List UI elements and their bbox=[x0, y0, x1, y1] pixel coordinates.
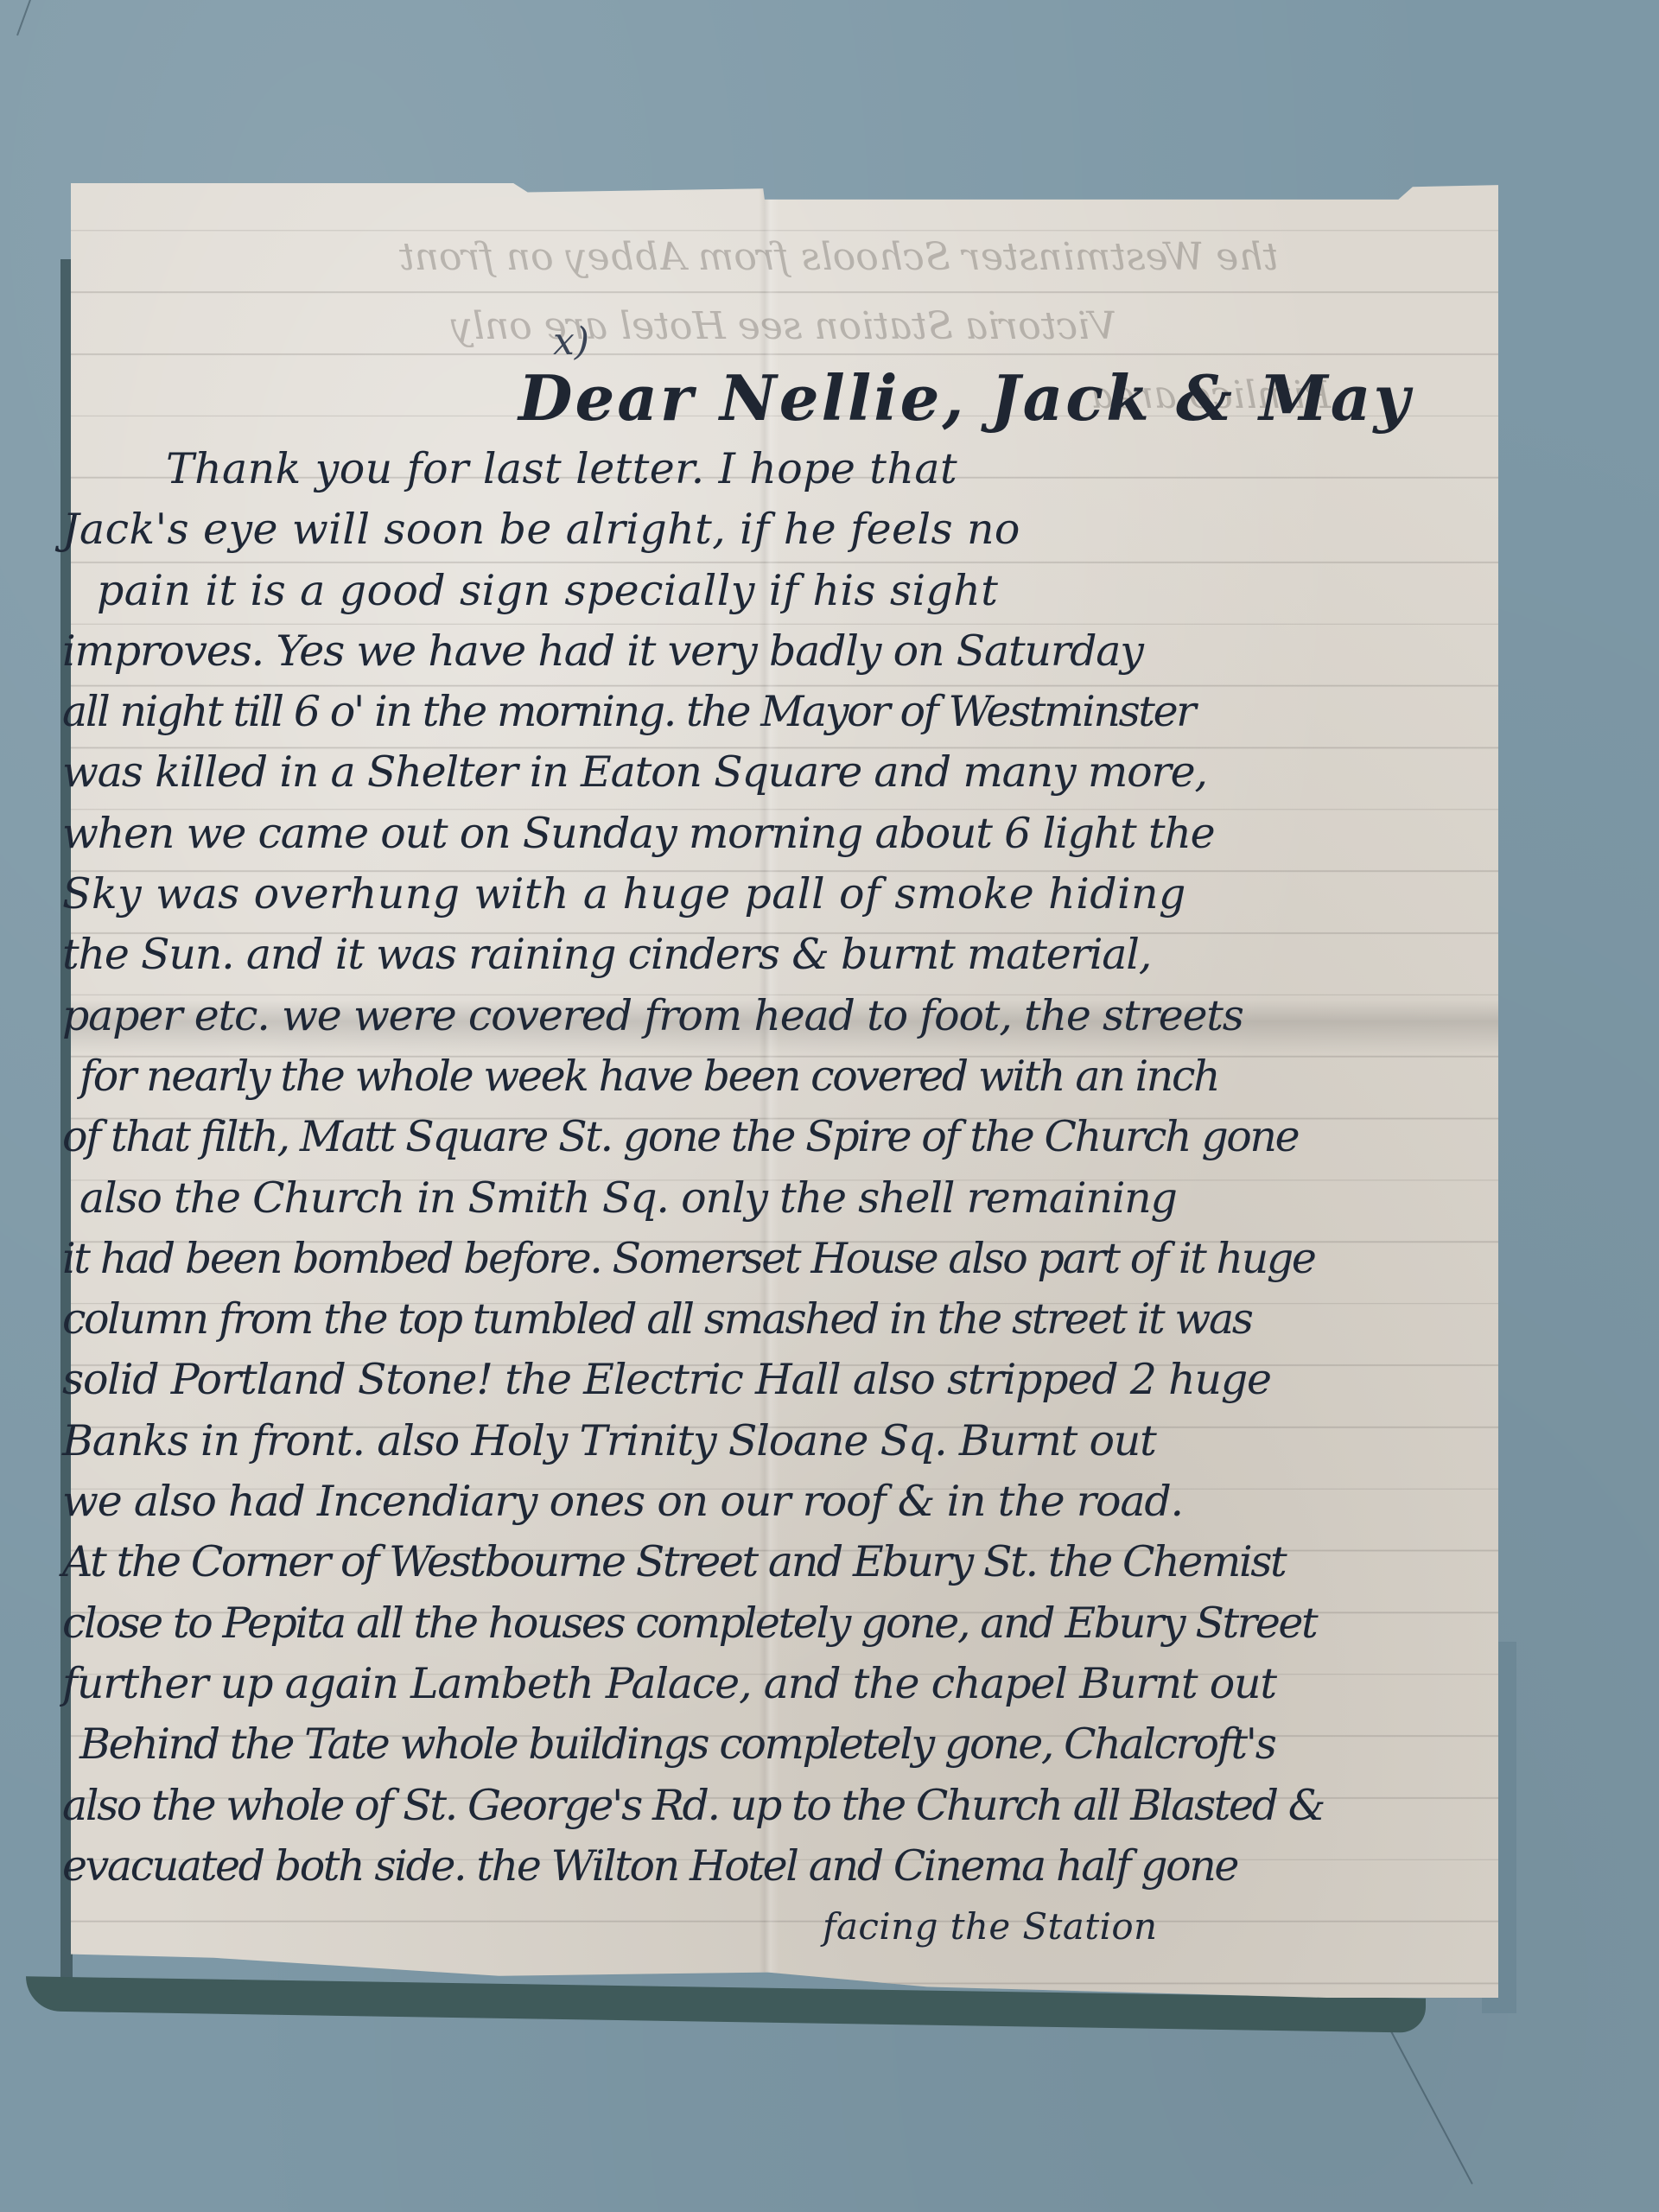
letter-line: when we came out on Sunday morning about… bbox=[62, 804, 1531, 864]
letter-line: At the Corner of Westbourne Street and E… bbox=[62, 1532, 1531, 1592]
surface-scratch bbox=[1390, 2031, 1473, 2185]
surface-scratch bbox=[16, 0, 54, 35]
letter-line: evacuated both side. the Wilton Hotel an… bbox=[62, 1836, 1531, 1897]
letter-line: for nearly the whole week have been cove… bbox=[62, 1046, 1531, 1107]
bleed-through-text: the Westminster Schools from Abbey on fr… bbox=[399, 235, 1278, 279]
letter-line: Behind the Tate whole buildings complete… bbox=[62, 1714, 1531, 1775]
letter-line: close to Pepita all the houses completel… bbox=[62, 1593, 1531, 1654]
salutation: Dear Nellie, Jack & May bbox=[518, 361, 1412, 435]
letter-line: was killed in a Shelter in Eaton Square … bbox=[62, 742, 1531, 803]
letter-line: all night till 6 o' in the morning. the … bbox=[62, 682, 1531, 742]
letter-line: improves. Yes we have had it very badly … bbox=[62, 621, 1531, 682]
letter-line: Jack's eye will soon be alright, if he f… bbox=[62, 499, 1531, 560]
letter-line: paper etc. we were covered from head to … bbox=[62, 986, 1531, 1046]
letter-line-closing: facing the Station bbox=[62, 1897, 1531, 1957]
letter-line: Sky was overhung with a huge pall of smo… bbox=[62, 864, 1531, 925]
letter-line: Banks in front. also Holy Trinity Sloane… bbox=[62, 1411, 1531, 1471]
letter-line: it had been bombed before. Somerset Hous… bbox=[62, 1229, 1531, 1289]
letter-line: we also had Incendiary ones on our roof … bbox=[62, 1471, 1531, 1532]
letter-line: pain it is a good sign specially if his … bbox=[62, 561, 1531, 621]
letter-line: further up again Lambeth Palace, and the… bbox=[62, 1654, 1531, 1714]
letter-line: the Sun. and it was raining cinders & bu… bbox=[62, 925, 1531, 985]
bleed-through-text: Victoria Station see Hotel are only bbox=[451, 304, 1116, 348]
letter-body: Thank you for last letter. I hope that J… bbox=[62, 439, 1531, 1957]
letter-line: solid Portland Stone! the Electric Hall … bbox=[62, 1350, 1531, 1410]
letter-line: of that filth, Matt Square St. gone the … bbox=[62, 1107, 1531, 1167]
letter-line: also the whole of St. George's Rd. up to… bbox=[62, 1776, 1531, 1836]
letter-line: also the Church in Smith Sq. only the sh… bbox=[62, 1168, 1531, 1229]
annotation-mark: x) bbox=[553, 320, 589, 364]
letter-line: column from the top tumbled all smashed … bbox=[62, 1289, 1531, 1350]
letter-line: Thank you for last letter. I hope that bbox=[62, 439, 1531, 499]
